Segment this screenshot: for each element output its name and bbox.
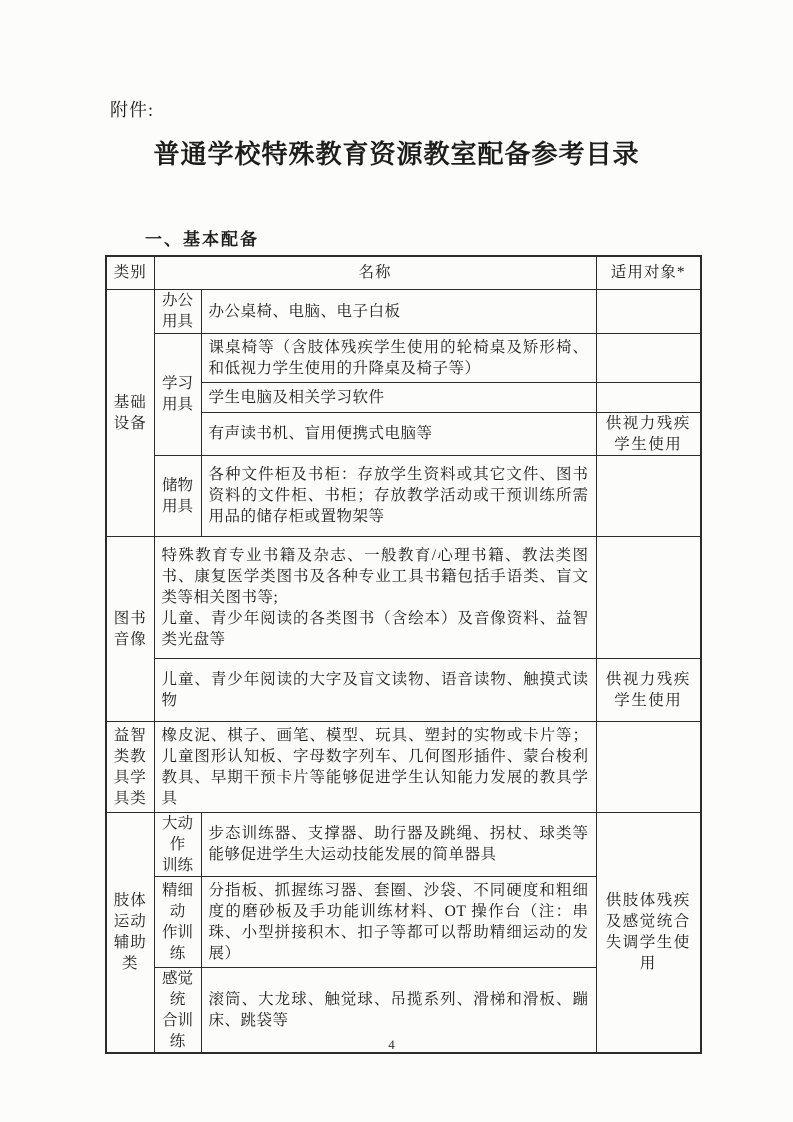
cell-applicable-empty bbox=[596, 536, 701, 658]
page-number: 4 bbox=[0, 1037, 783, 1053]
cell-name-professional-books: 特殊教育专业书籍及杂志、一般教育/心理书籍、教法类图书、康复医学类图书及各种专业… bbox=[154, 536, 596, 658]
cell-sub-study-supplies: 学习 用具 bbox=[154, 333, 201, 455]
cell-name-audio-readers: 有声读书机、盲用便携式电脑等 bbox=[201, 412, 596, 455]
cell-category-physical-motion: 肢体 运动 辅助 类 bbox=[106, 812, 154, 1053]
cell-name-storage-cabinets: 各种文件柜及书柜：存放学生资料或其它文件、图书资料的文件柜、书柜；存放教学活动或… bbox=[201, 455, 596, 536]
cell-name-desks-chairs: 课桌椅等（含肢体残疾学生使用的轮椅桌及矫形椅、和低视力学生使用的升降桌及椅子等） bbox=[201, 333, 596, 382]
attachment-label: 附件: bbox=[110, 96, 154, 122]
table-row: 儿童、青少年阅读的大字及盲文读物、语音读物、触摸式读物 供视力残疾 学生使用 bbox=[106, 658, 701, 721]
equipment-table: 类别 名称 适用对象* 基础 设备 办公 用具 办公桌椅、电脑、电子白板 学习 … bbox=[105, 255, 702, 1054]
cell-name-office-supplies: 办公桌椅、电脑、电子白板 bbox=[201, 289, 596, 333]
table-row: 图书 音像 特殊教育专业书籍及杂志、一般教育/心理书籍、教法类图书、康复医学类图… bbox=[106, 536, 701, 658]
cell-sub-fine-motor-training: 精细动 作训练 bbox=[154, 876, 201, 967]
cell-category-books-av: 图书 音像 bbox=[106, 536, 154, 721]
cell-applicable-empty bbox=[596, 289, 701, 333]
header-category: 类别 bbox=[106, 256, 154, 289]
cell-applicable-empty bbox=[596, 455, 701, 536]
table-row: 储物 用具 各种文件柜及书柜：存放学生资料或其它文件、图书资料的文件柜、书柜；存… bbox=[106, 455, 701, 536]
cell-name-fine-motor-equipment: 分指板、抓握练习器、套圈、沙袋、不同硬度和粗细度的磨砂板及手功能训练材料、OT … bbox=[201, 876, 596, 967]
cell-sub-office-supplies: 办公 用具 bbox=[154, 289, 201, 333]
table-row: 基础 设备 办公 用具 办公桌椅、电脑、电子白板 bbox=[106, 289, 701, 333]
section-heading: 一、基本配备 bbox=[145, 225, 259, 250]
cell-name-braille-readings: 儿童、青少年阅读的大字及盲文读物、语音读物、触摸式读物 bbox=[154, 658, 596, 721]
cell-applicable-empty bbox=[596, 333, 701, 382]
cell-applicable-empty bbox=[596, 382, 701, 412]
cell-name-puzzle-aids: 橡皮泥、棋子、画笔、模型、玩具、塑封的实物或卡片等；儿童图形认知板、字母数字列车… bbox=[154, 721, 596, 812]
cell-sub-storage-supplies: 储物 用具 bbox=[154, 455, 201, 536]
table-row: 肢体 运动 辅助 类 大动作 训练 步态训练器、支撑器、助行器及跳绳、拐杖、球类… bbox=[106, 812, 701, 876]
cell-sub-gross-motor-training: 大动作 训练 bbox=[154, 812, 201, 876]
cell-applicable-visually-impaired: 供视力残疾 学生使用 bbox=[596, 658, 701, 721]
header-name: 名称 bbox=[154, 256, 596, 289]
cell-category-basic-equipment: 基础 设备 bbox=[106, 289, 154, 536]
table-header-row: 类别 名称 适用对象* bbox=[106, 256, 701, 289]
cell-category-puzzle-aids: 益智 类教 具学 具类 bbox=[106, 721, 154, 812]
cell-name-student-computers: 学生电脑及相关学习软件 bbox=[201, 382, 596, 412]
document-title: 普通学校特殊教育资源教室配备参考目录 bbox=[0, 134, 793, 171]
header-applicable: 适用对象* bbox=[596, 256, 701, 289]
document-page: 附件: 普通学校特殊教育资源教室配备参考目录 一、基本配备 类别 名称 适用对象… bbox=[0, 0, 793, 1122]
cell-name-gross-motor-equipment: 步态训练器、支撑器、助行器及跳绳、拐杖、球类等能够促进学生大运动技能发展的简单器… bbox=[201, 812, 596, 876]
cell-applicable-empty bbox=[596, 721, 701, 812]
cell-applicable-visually-impaired: 供视力残疾 学生使用 bbox=[596, 412, 701, 455]
table-row: 学习 用具 课桌椅等（含肢体残疾学生使用的轮椅桌及矫形椅、和低视力学生使用的升降… bbox=[106, 333, 701, 382]
cell-applicable-physical-sensory: 供肢体残疾 及感觉统合 失调学生使 用 bbox=[596, 812, 701, 1053]
table-row: 益智 类教 具学 具类 橡皮泥、棋子、画笔、模型、玩具、塑封的实物或卡片等；儿童… bbox=[106, 721, 701, 812]
